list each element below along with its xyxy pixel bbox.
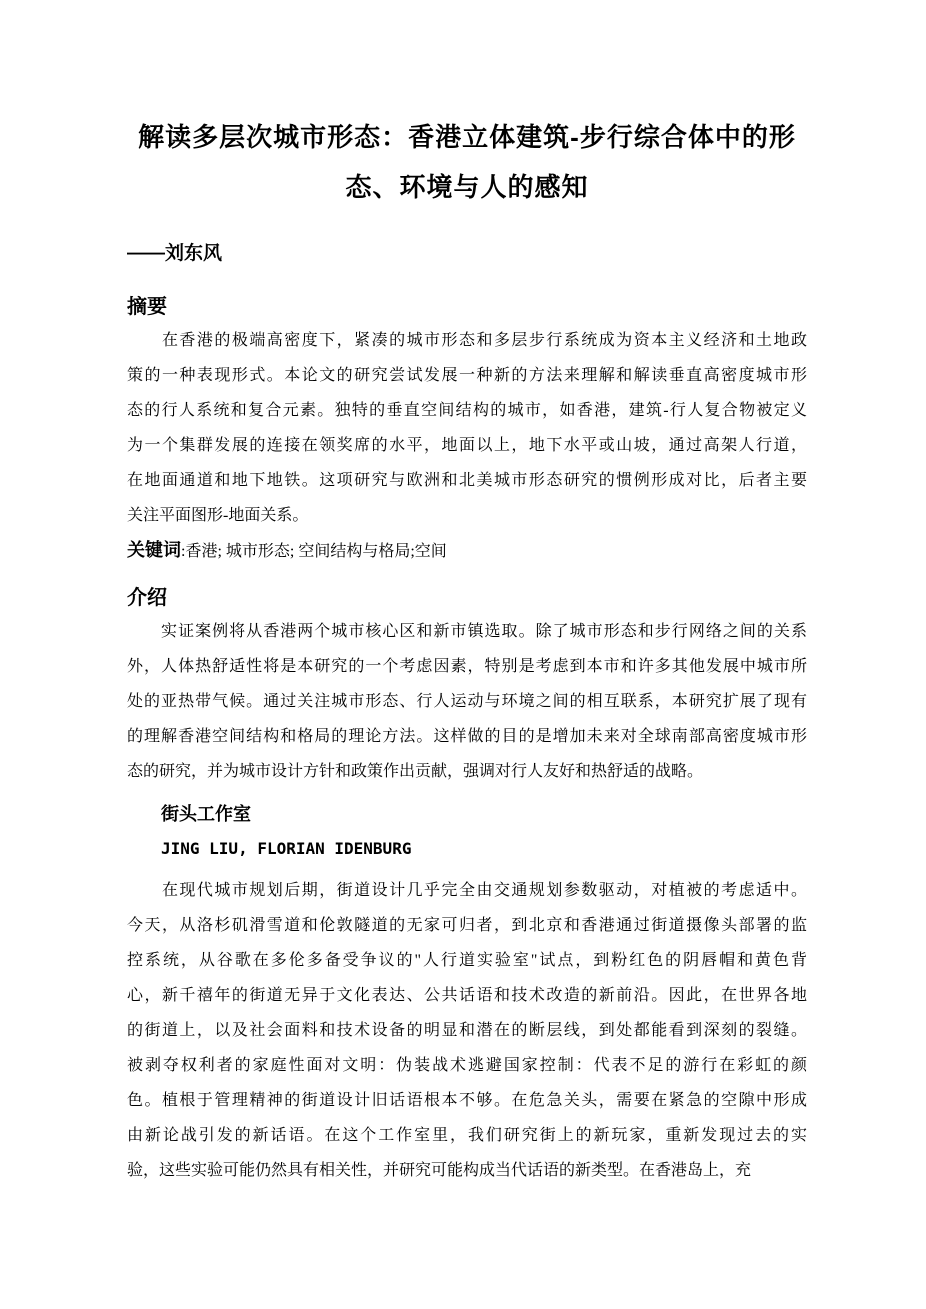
text-line: 关注平面图形-地面关系。 (127, 498, 807, 533)
text-line: 在香港的极端高密度下，紧凑的城市形态和多层步行系统成为资本主义经济和土地政 (127, 323, 807, 358)
introduction-paragraph: 实证案例将从香港两个城市核心区和新市镇选取。除了城市形态和步行网络之间的关系外，… (127, 614, 807, 789)
workshop-heading: 街头工作室 (161, 802, 807, 826)
text-line: 外，人体热舒适性将是本研究的一个考虑因素，特别是考虑到本市和许多其他发展中城市所 (127, 649, 807, 684)
title-line-1: 解读多层次城市形态：香港立体建筑-步行综合体中的形 (127, 112, 807, 162)
text-line: 被剥夺权利者的家庭性面对文明：伪装战术逃避国家控制：代表不足的游行在彩虹的颜 (127, 1048, 807, 1083)
title-line-2: 态、环境与人的感知 (127, 162, 807, 212)
text-line: 策的一种表现形式。本论文的研究尝试发展一种新的方法来理解和解读垂直高密度城市形 (127, 358, 807, 393)
text-line: 的街道上，以及社会面料和技术设备的明显和潜在的断层线，到处都能看到深刻的裂缝。 (127, 1013, 807, 1048)
keywords-text: :香港; 城市形态; 空间结构与格局;空间 (181, 543, 447, 560)
document-title: 解读多层次城市形态：香港立体建筑-步行综合体中的形 态、环境与人的感知 (127, 112, 807, 212)
text-line: 验，这些实验可能仍然具有相关性，并研究可能构成当代话语的新类型。在香港岛上，充 (127, 1153, 807, 1188)
keywords-label: 关键词 (127, 540, 181, 560)
text-line: 态的研究，并为城市设计方针和政策作出贡献，强调对行人友好和热舒适的战略。 (127, 754, 807, 789)
text-line: 在地面通道和地下地铁。这项研究与欧洲和北美城市形态研究的惯例形成对比，后者主要 (127, 463, 807, 498)
text-line: 控系统，从谷歌在多伦多备受争议的"人行道实验室"试点，到粉红色的阴唇帽和黄色背 (127, 943, 807, 978)
keywords-line: 关键词:香港; 城市形态; 空间结构与格局;空间 (127, 533, 807, 569)
abstract-paragraph: 在香港的极端高密度下，紧凑的城市形态和多层步行系统成为资本主义经济和土地政策的一… (127, 323, 807, 533)
text-line: 为一个集群发展的连接在领奖席的水平，地面以上，地下水平或山坡，通过高架人行道， (127, 428, 807, 463)
text-line: 的理解香港空间结构和格局的理论方法。这样做的目的是增加未来对全球南部高密度城市形 (127, 719, 807, 754)
text-line: 心，新千禧年的街道无异于文化表达、公共话语和技术改造的新前沿。因此，在世界各地 (127, 978, 807, 1013)
text-line: 在现代城市规划后期，街道设计几乎完全由交通规划参数驱动，对植被的考虑适中。 (127, 873, 807, 908)
text-line: 实证案例将从香港两个城市核心区和新市镇选取。除了城市形态和步行网络之间的关系 (127, 614, 807, 649)
author-line: ——刘东风 (127, 243, 807, 265)
abstract-heading: 摘要 (127, 295, 807, 320)
text-line: 处的亚热带气候。通过关注城市形态、行人运动与环境之间的相互联系，本研究扩展了现有 (127, 684, 807, 719)
introduction-heading: 介绍 (127, 586, 807, 611)
document-page: 解读多层次城市形态：香港立体建筑-步行综合体中的形 态、环境与人的感知 ——刘东… (0, 0, 926, 1309)
workshop-byline: JING LIU, FLORIAN IDENBURG (161, 839, 807, 859)
text-line: 色。植根于管理精神的街道设计旧话语根本不够。在危急关头，需要在紧急的空隙中形成 (127, 1083, 807, 1118)
text-line: 态的行人系统和复合元素。独特的垂直空间结构的城市，如香港，建筑-行人复合物被定义 (127, 393, 807, 428)
text-line: 由新论战引发的新话语。在这个工作室里，我们研究街上的新玩家，重新发现过去的实 (127, 1118, 807, 1153)
workshop-paragraph: 在现代城市规划后期，街道设计几乎完全由交通规划参数驱动，对植被的考虑适中。今天，… (127, 873, 807, 1188)
text-line: 今天，从洛杉矶滑雪道和伦敦隧道的无家可归者，到北京和香港通过街道摄像头部署的监 (127, 908, 807, 943)
